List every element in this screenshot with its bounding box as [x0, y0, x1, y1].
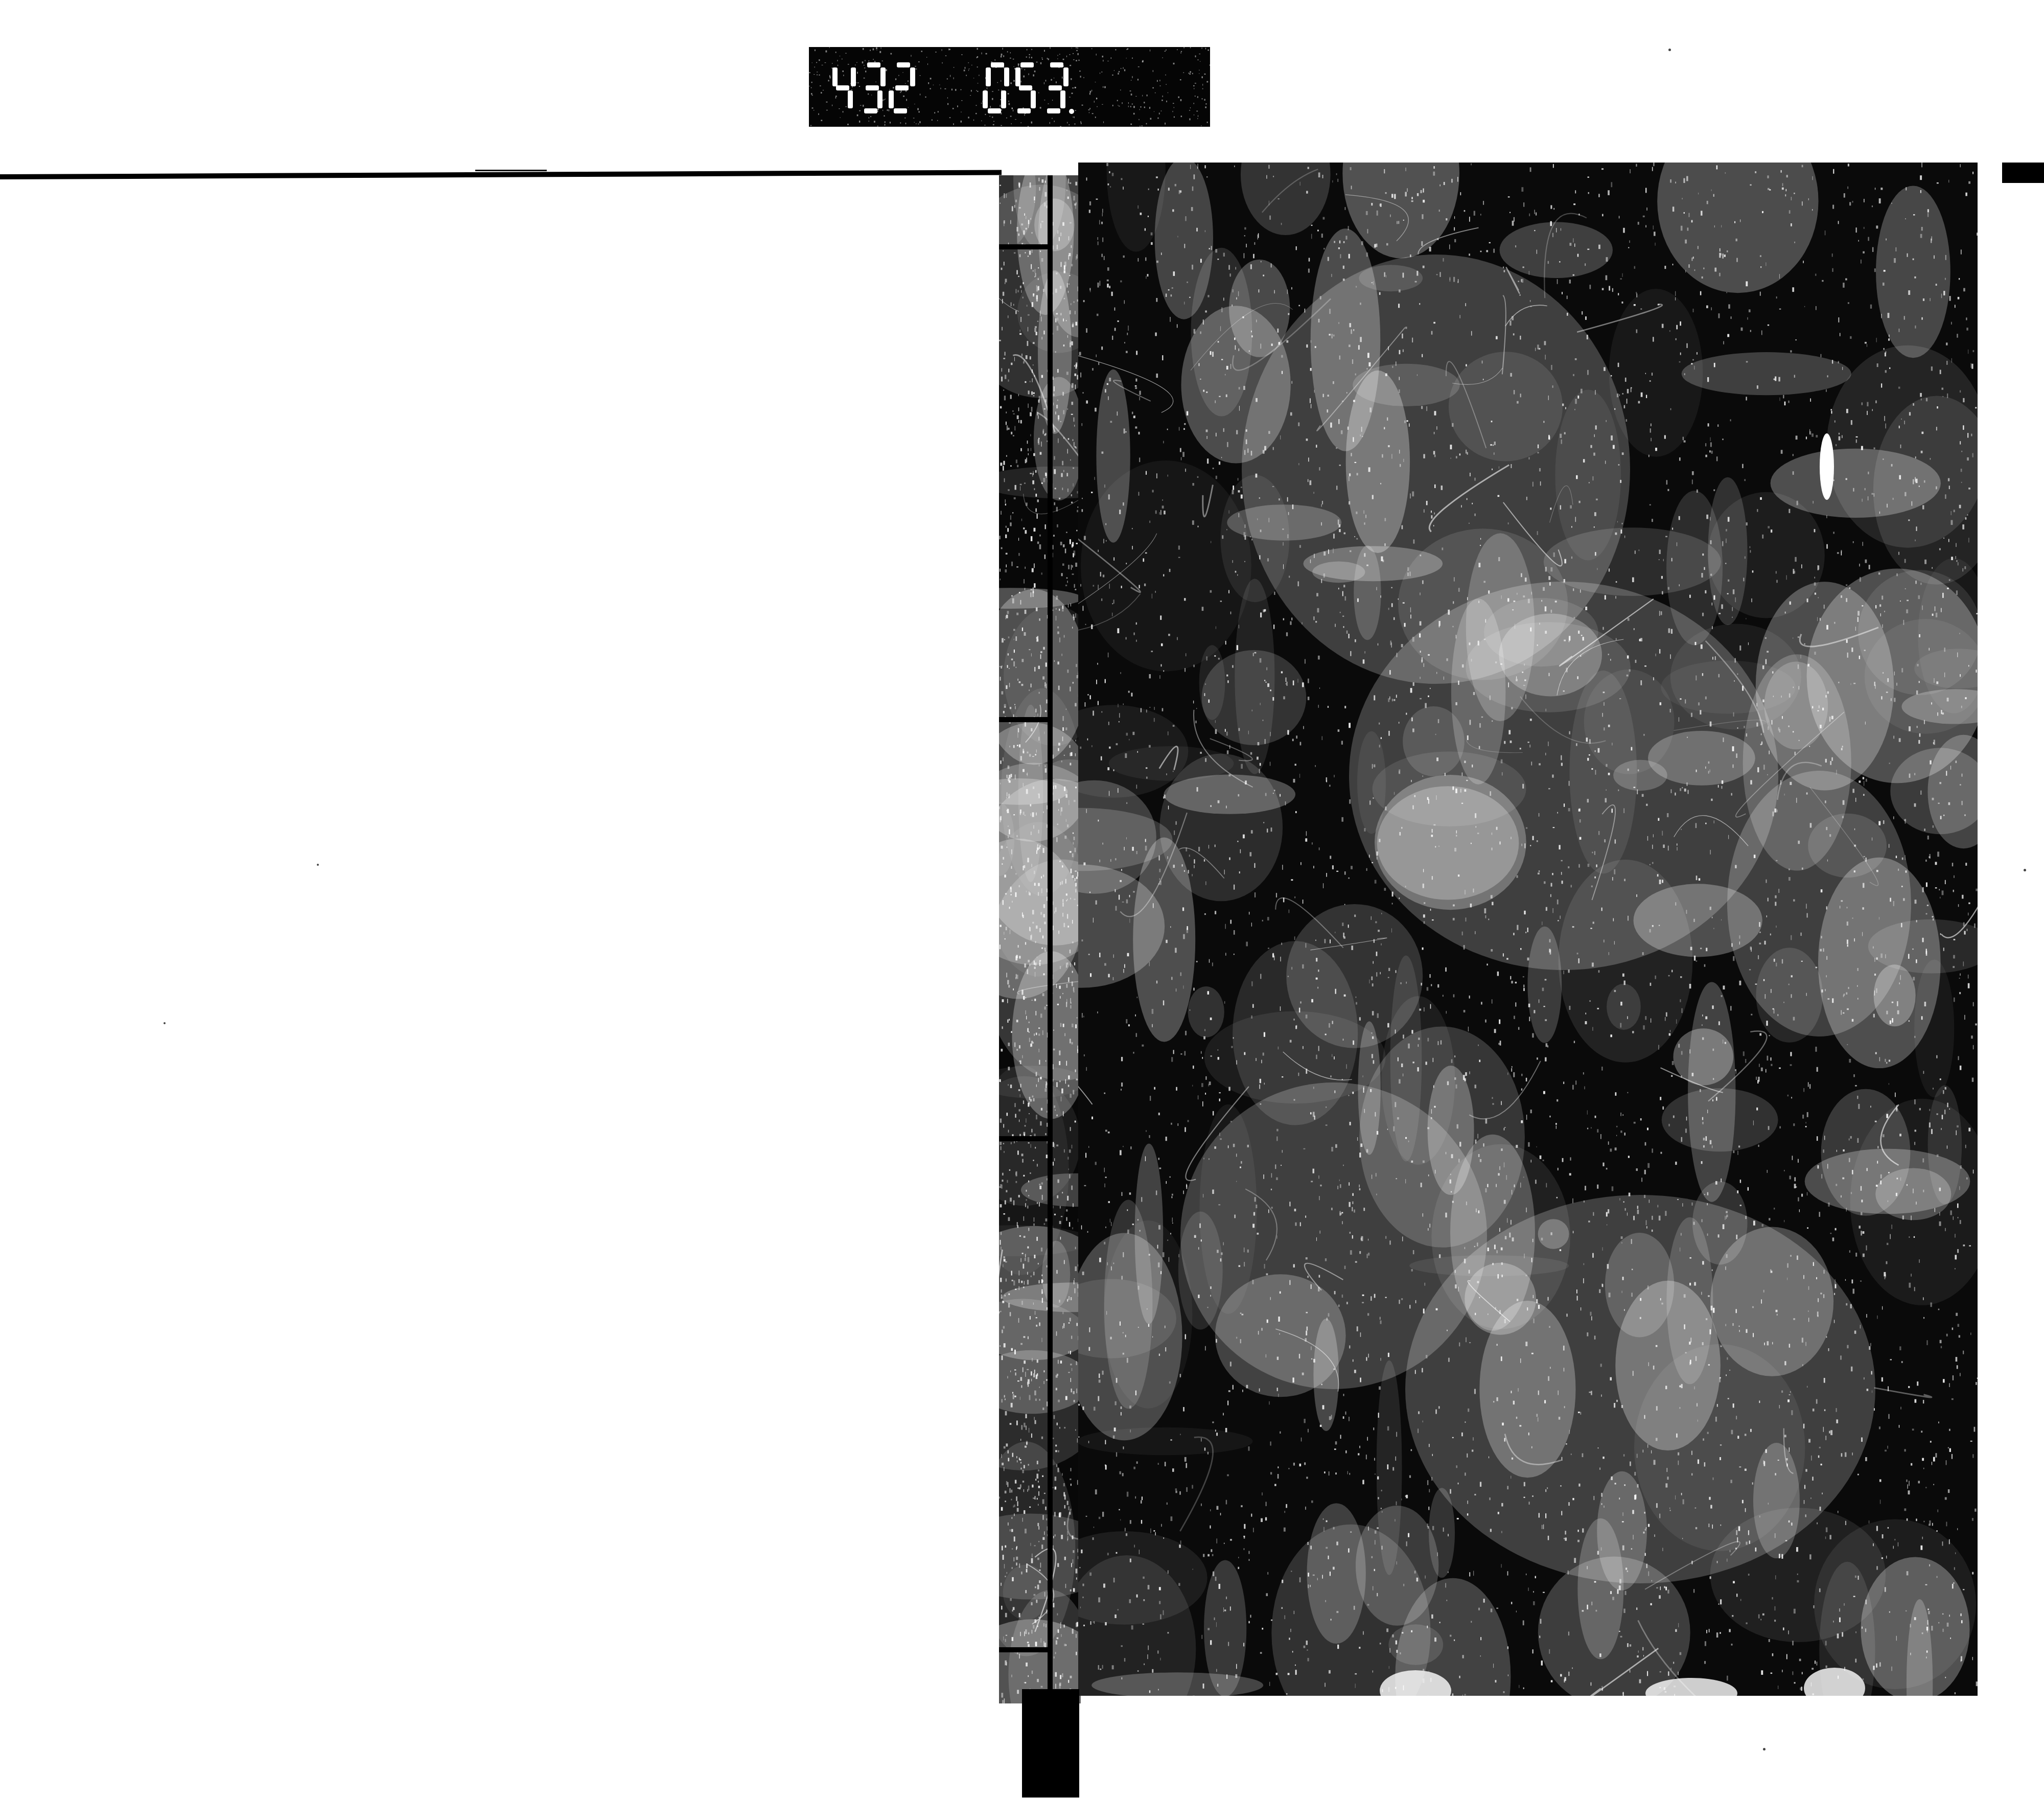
seven-segment-digits [809, 47, 1210, 127]
rule-fragment [475, 170, 547, 171]
horizontal-rule [0, 170, 1002, 179]
scan-speck [317, 864, 319, 866]
scan-speck [1763, 1748, 1766, 1750]
binding-tab-right [2002, 163, 2044, 183]
spine-texture [999, 175, 1081, 1703]
scan-speck [2024, 869, 2026, 871]
binding-tab-bottom [1022, 1689, 1079, 1797]
scan-speck [1668, 49, 1671, 51]
book-cover [1078, 163, 1978, 1696]
book-spine [999, 175, 1081, 1703]
catalog-number-label: 432 053 [809, 47, 1210, 127]
cover-texture [1078, 163, 1978, 1696]
book [991, 163, 2006, 1696]
scan-speck [164, 1022, 166, 1024]
